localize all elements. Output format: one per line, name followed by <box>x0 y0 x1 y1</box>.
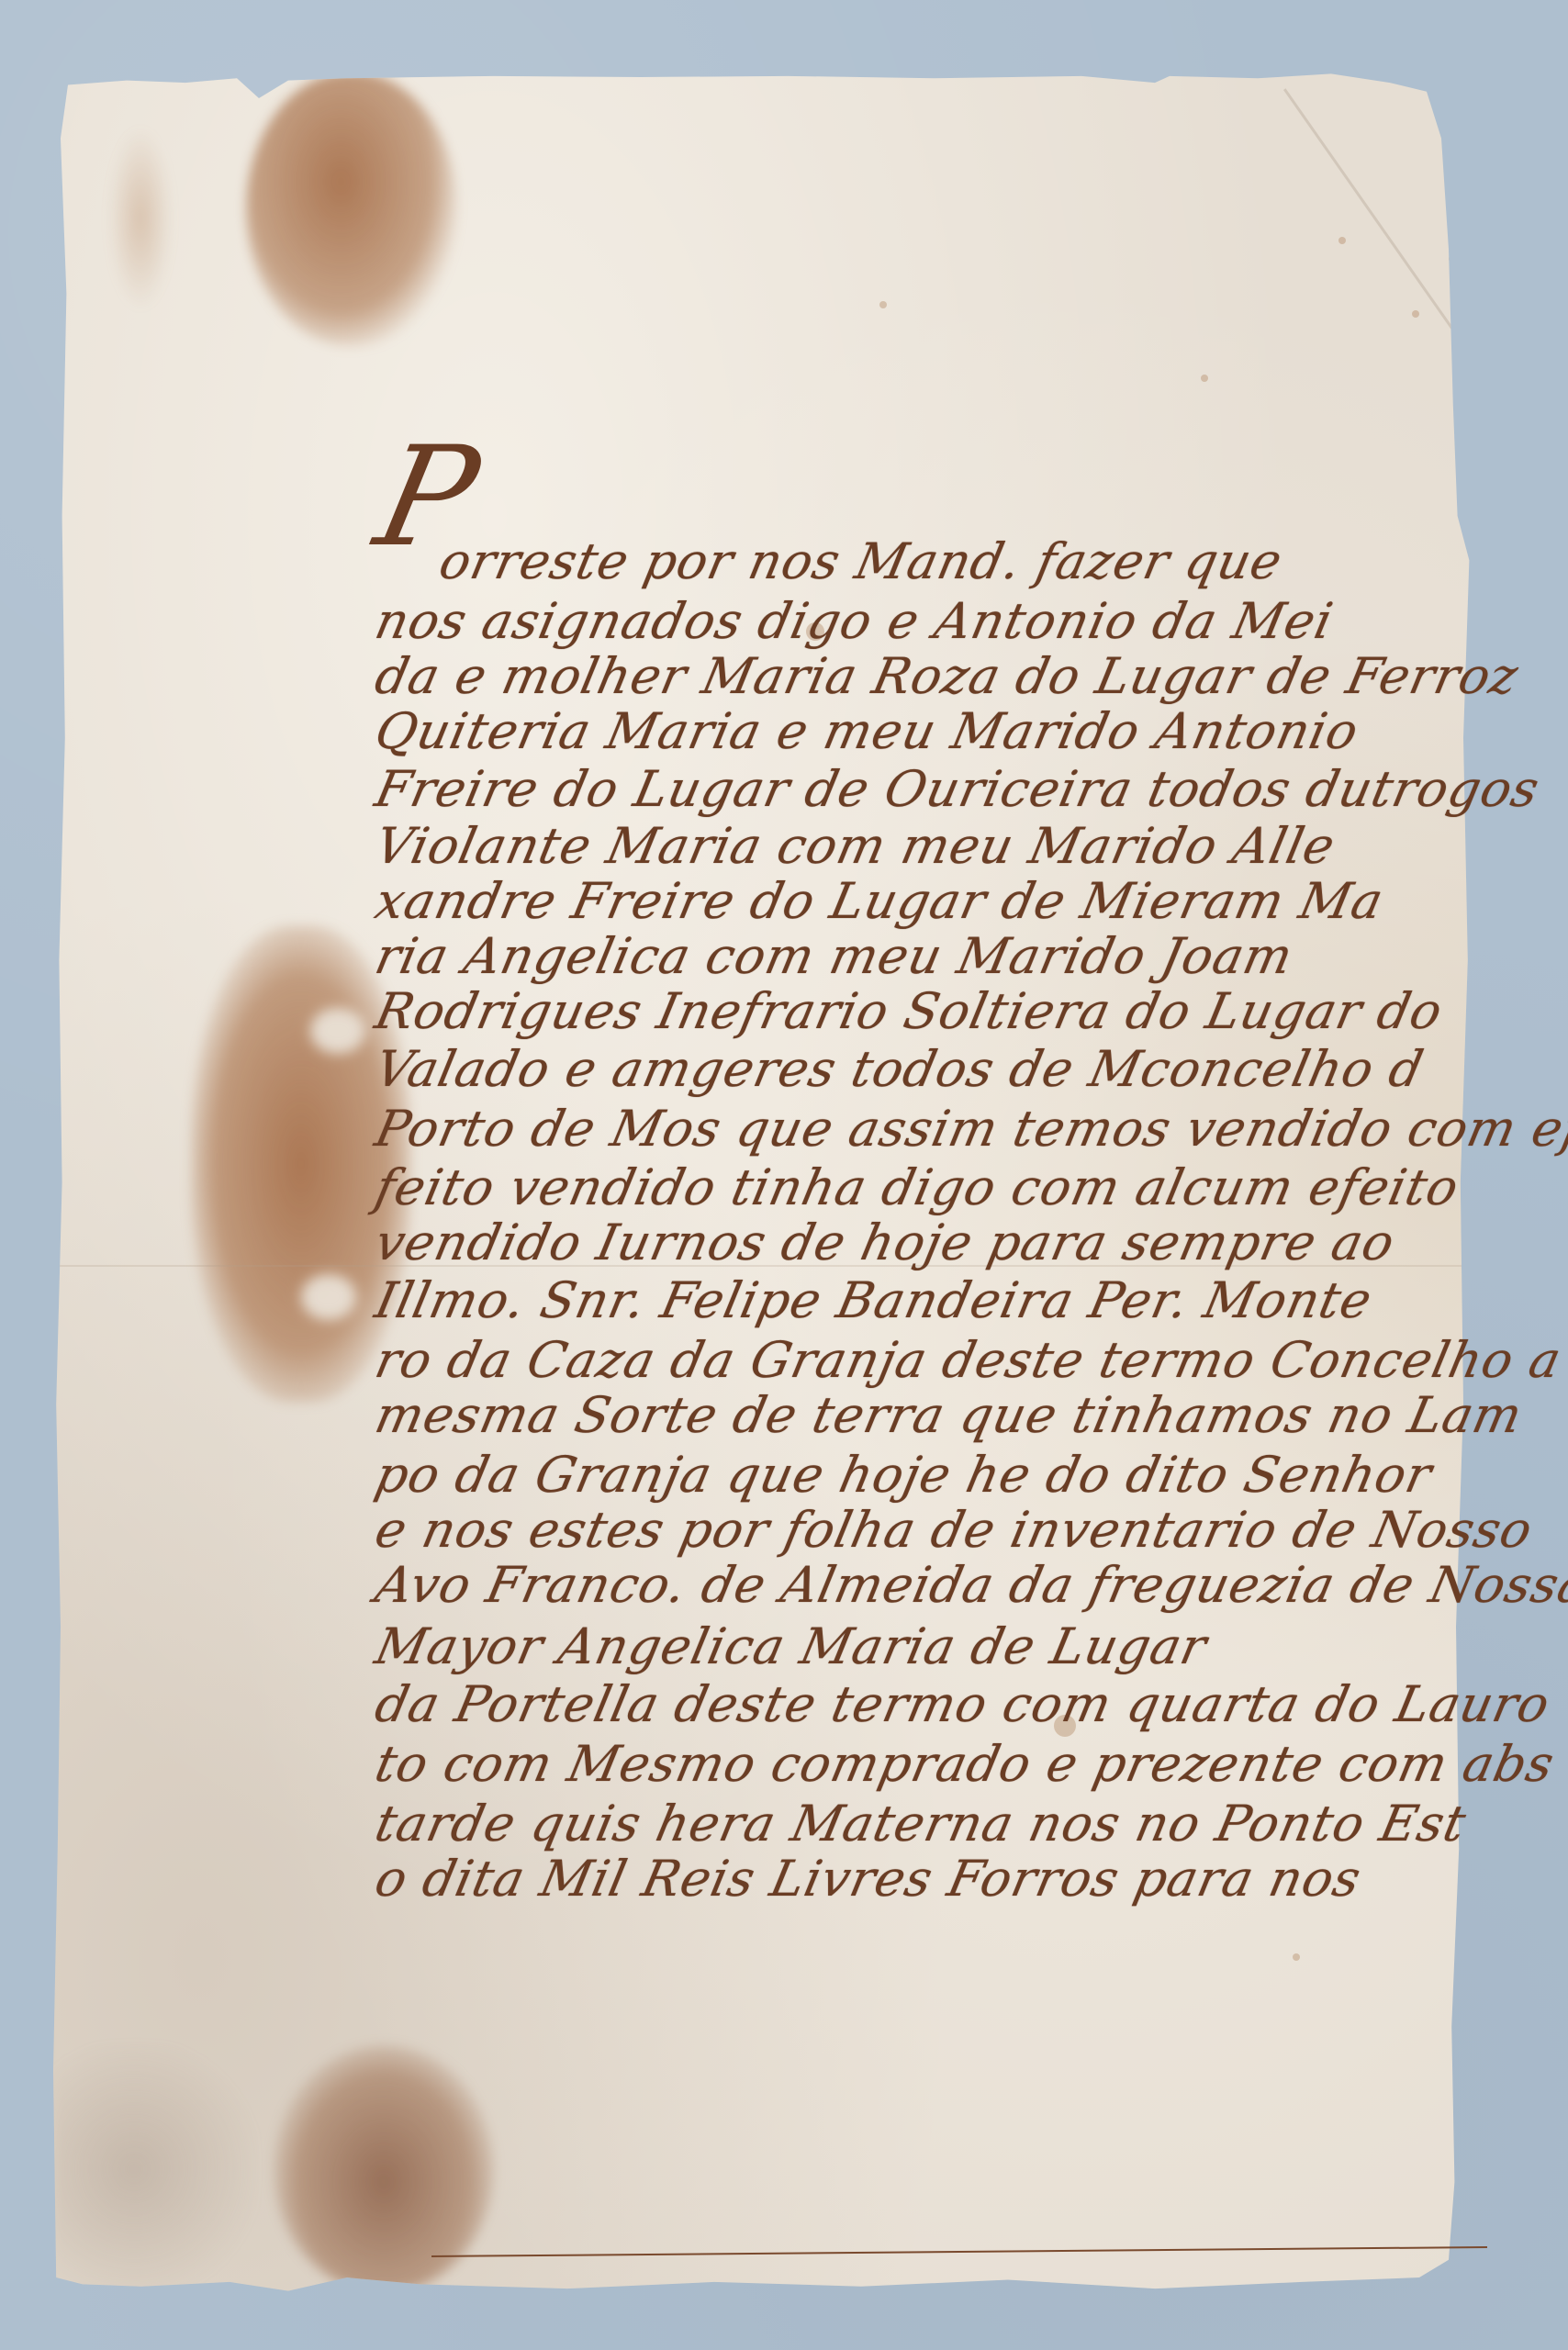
water-stain-middle <box>191 925 411 1403</box>
text-line: o dita Mil Reis Livres Forros para nos <box>370 1850 1366 1908</box>
text-line: nos asignados digo e Antonio da Mei <box>370 592 1338 650</box>
foxing-speck <box>1449 255 1456 263</box>
text-line: da Portella deste termo com quarta do La… <box>370 1675 1555 1733</box>
text-line: Avo Franco. de Almeida da freguezia de N… <box>370 1556 1568 1614</box>
text-line: orreste por nos Mand. fazer que <box>434 532 1287 590</box>
text-line: Illmo. Snr. Felipe Bandeira Per. Monte <box>370 1271 1377 1329</box>
text-line: Porto de Mos que assim temos vendido com… <box>370 1100 1568 1158</box>
text-line: da e molher Maria Roza do Lugar de Ferro… <box>370 647 1523 705</box>
damaged-corner <box>53 2045 255 2293</box>
foxing-speck <box>1338 237 1346 244</box>
foxing-stain <box>108 127 173 310</box>
text-line: xandre Freire do Lugar de Mieram Ma <box>370 872 1388 930</box>
text-line: to com Mesmo comprado e prezente com abs <box>370 1735 1560 1793</box>
text-line: ria Angelica com meu Marido Joam <box>370 927 1298 985</box>
text-line: Mayor Angelica Maria de Lugar <box>370 1617 1212 1675</box>
text-line: e nos estes por folha de inventario de N… <box>370 1501 1538 1559</box>
text-line: Rodrigues Inefrario Soltiera do Lugar do <box>370 982 1448 1040</box>
foxing-speck <box>1293 1953 1300 1961</box>
text-line: ro da Caza da Granja deste termo Concelh… <box>370 1331 1566 1389</box>
water-stain-top <box>246 72 457 347</box>
fold-crease <box>1283 88 1506 406</box>
foxing-speck <box>1412 310 1419 318</box>
text-line: Violante Maria com meu Marido Alle <box>370 817 1340 875</box>
text-line: Freire do Lugar de Ouriceira todos dutro… <box>370 760 1544 818</box>
text-line: tarde quis hera Materna nos no Ponto Est <box>370 1795 1472 1852</box>
text-line: Quiteria Maria e meu Marido Antonio <box>370 702 1363 760</box>
text-line: po da Granja que hoje he do dito Senhor <box>370 1446 1437 1504</box>
foxing-speck <box>879 301 887 308</box>
text-line: mesma Sorte de terra que tinhamos no Lam <box>370 1386 1528 1444</box>
foxing-speck <box>1201 375 1208 382</box>
text-line: vendido Iurnos de hoje para sempre ao <box>370 1214 1400 1271</box>
text-line: Valado e amgeres todos de Mconcelho d <box>370 1040 1428 1098</box>
text-line: feito vendido tinha digo com alcum efeit… <box>370 1158 1464 1216</box>
